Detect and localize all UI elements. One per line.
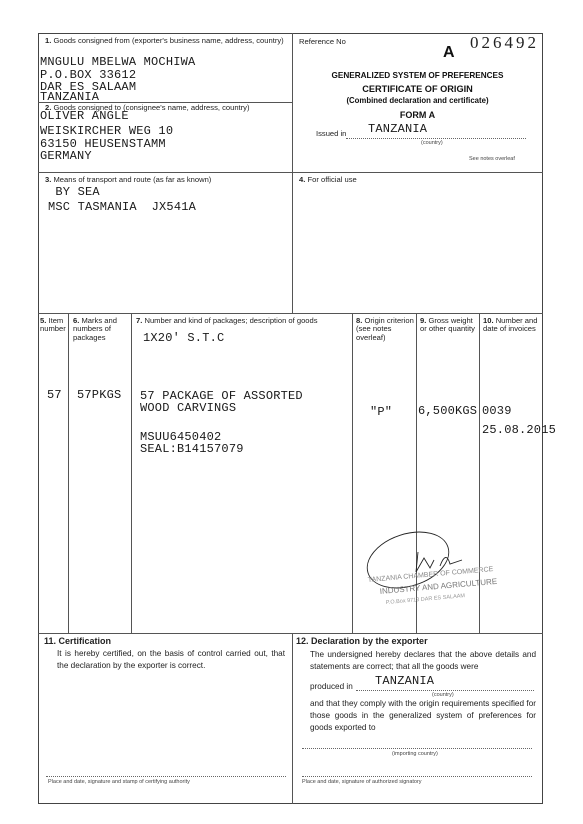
col7-number: 7. bbox=[136, 316, 142, 325]
box3-number: 3. bbox=[45, 175, 51, 184]
gross-weight: 6,500KGS bbox=[418, 404, 477, 418]
seal-number: SEAL:B14157079 bbox=[140, 442, 244, 456]
issued-in-line bbox=[346, 138, 526, 139]
col9-header: 9. Gross weight or other quantity bbox=[420, 317, 478, 334]
series-letter: A bbox=[443, 44, 455, 62]
divider-vertical-bottom bbox=[292, 633, 293, 804]
see-notes-overleaf: See notes overleaf bbox=[469, 156, 515, 162]
divider-row3 bbox=[38, 172, 543, 173]
box11-title: 11. Certification bbox=[44, 637, 111, 645]
box11-number: 11. bbox=[44, 636, 56, 646]
origin-criterion: "P" bbox=[370, 405, 392, 419]
marks-numbers: 57PKGS bbox=[77, 388, 121, 402]
col6-header: 6. Marks and numbers of packages bbox=[73, 317, 129, 342]
issued-in-country-caption: (country) bbox=[421, 140, 443, 146]
divider-row5 bbox=[38, 313, 543, 314]
issued-in-country: TANZANIA bbox=[368, 122, 427, 136]
col9-label: Gross weight or other quantity bbox=[420, 316, 475, 333]
divider-row11 bbox=[38, 633, 543, 634]
importing-country-caption: (importing country) bbox=[392, 751, 438, 757]
reference-number: 026492 bbox=[470, 33, 539, 53]
produced-in-country: TANZANIA bbox=[375, 674, 434, 688]
col5-header: 5. Item number bbox=[40, 317, 68, 334]
box12-title-text: Declaration by the exporter bbox=[311, 636, 428, 646]
issued-in-label: Issued in bbox=[316, 130, 346, 138]
col7-label: Number and kind of packages; description… bbox=[144, 316, 317, 325]
item-number: 57 bbox=[47, 388, 62, 402]
description-line2: WOOD CARVINGS bbox=[140, 401, 236, 415]
box4-label: 4. For official use bbox=[299, 176, 357, 184]
declaration-compliance-text: and that they comply with the origin req… bbox=[310, 698, 536, 734]
certification-text: It is hereby certified, on the basis of … bbox=[57, 648, 285, 672]
form-a-title: FORM A bbox=[292, 110, 543, 120]
invoice-date: 25.08.2015 bbox=[482, 423, 556, 437]
divider-col7 bbox=[131, 313, 132, 633]
certification-signature-line bbox=[46, 776, 286, 777]
box12-number: 12. bbox=[296, 636, 309, 646]
box1-label-text: Goods consigned from (exporter's busines… bbox=[53, 36, 283, 45]
invoice-number: 0039 bbox=[482, 404, 512, 418]
col8-label: Origin criterion (see notes overleaf) bbox=[356, 316, 414, 342]
box4-number: 4. bbox=[299, 175, 305, 184]
box4-label-text: For official use bbox=[307, 175, 356, 184]
declaration-signature-line bbox=[302, 776, 532, 777]
certificate-subtitle: (Combined declaration and certificate) bbox=[292, 96, 543, 105]
declaration-text: The undersigned hereby declares that the… bbox=[310, 649, 536, 673]
consignee-name: OLIVER ANGLE bbox=[40, 109, 129, 123]
vessel-voyage: MSC TASMANIA JX541A bbox=[48, 200, 196, 214]
produced-in-line bbox=[356, 690, 534, 691]
box1-number: 1. bbox=[45, 36, 51, 45]
consignee-country: GERMANY bbox=[40, 149, 92, 163]
container-line: 1X20' S.T.C bbox=[143, 331, 224, 345]
col10-header: 10. Number and date of invoices bbox=[483, 317, 541, 334]
certification-signature-caption: Place and date, signature and stamp of c… bbox=[48, 779, 190, 785]
importing-country-line bbox=[302, 748, 532, 749]
reference-label: Reference No bbox=[299, 38, 346, 46]
divider-col6 bbox=[68, 313, 69, 633]
transport-mode: BY SEA bbox=[48, 185, 100, 199]
certificate-page: 1. Goods consigned from (exporter's busi… bbox=[0, 0, 583, 824]
exporter-country: TANZANIA bbox=[40, 90, 99, 104]
box3-label-text: Means of transport and route (as far as … bbox=[53, 175, 211, 184]
chamber-stamp-signature: TANZANIA CHAMBER OF COMMERCE INDUSTRY AN… bbox=[350, 520, 550, 620]
box11-title-text: Certification bbox=[59, 636, 112, 646]
exporter-name: MNGULU MBELWA MOCHIWA bbox=[40, 55, 195, 69]
produced-in-label: produced in bbox=[310, 683, 353, 691]
consignee-street: WEISKIRCHER WEG 10 bbox=[40, 124, 173, 138]
certificate-title: CERTIFICATE OF ORIGIN bbox=[292, 84, 543, 94]
declaration-signature-caption: Place and date, signature of authorized … bbox=[302, 779, 422, 785]
col6-label: Marks and numbers of packages bbox=[73, 316, 117, 342]
col8-header: 8. Origin criterion (see notes overleaf) bbox=[356, 317, 414, 342]
box12-title: 12. Declaration by the exporter bbox=[296, 637, 428, 645]
stamp-line3: P.O.Box 9713 DAR ES SALAAM bbox=[386, 593, 466, 606]
col7-header: 7. Number and kind of packages; descript… bbox=[136, 317, 351, 325]
box3-label: 3. Means of transport and route (as far … bbox=[45, 176, 211, 184]
gsp-title: GENERALIZED SYSTEM OF PREFERENCES bbox=[292, 71, 543, 80]
box1-label: 1. Goods consigned from (exporter's busi… bbox=[45, 37, 285, 45]
